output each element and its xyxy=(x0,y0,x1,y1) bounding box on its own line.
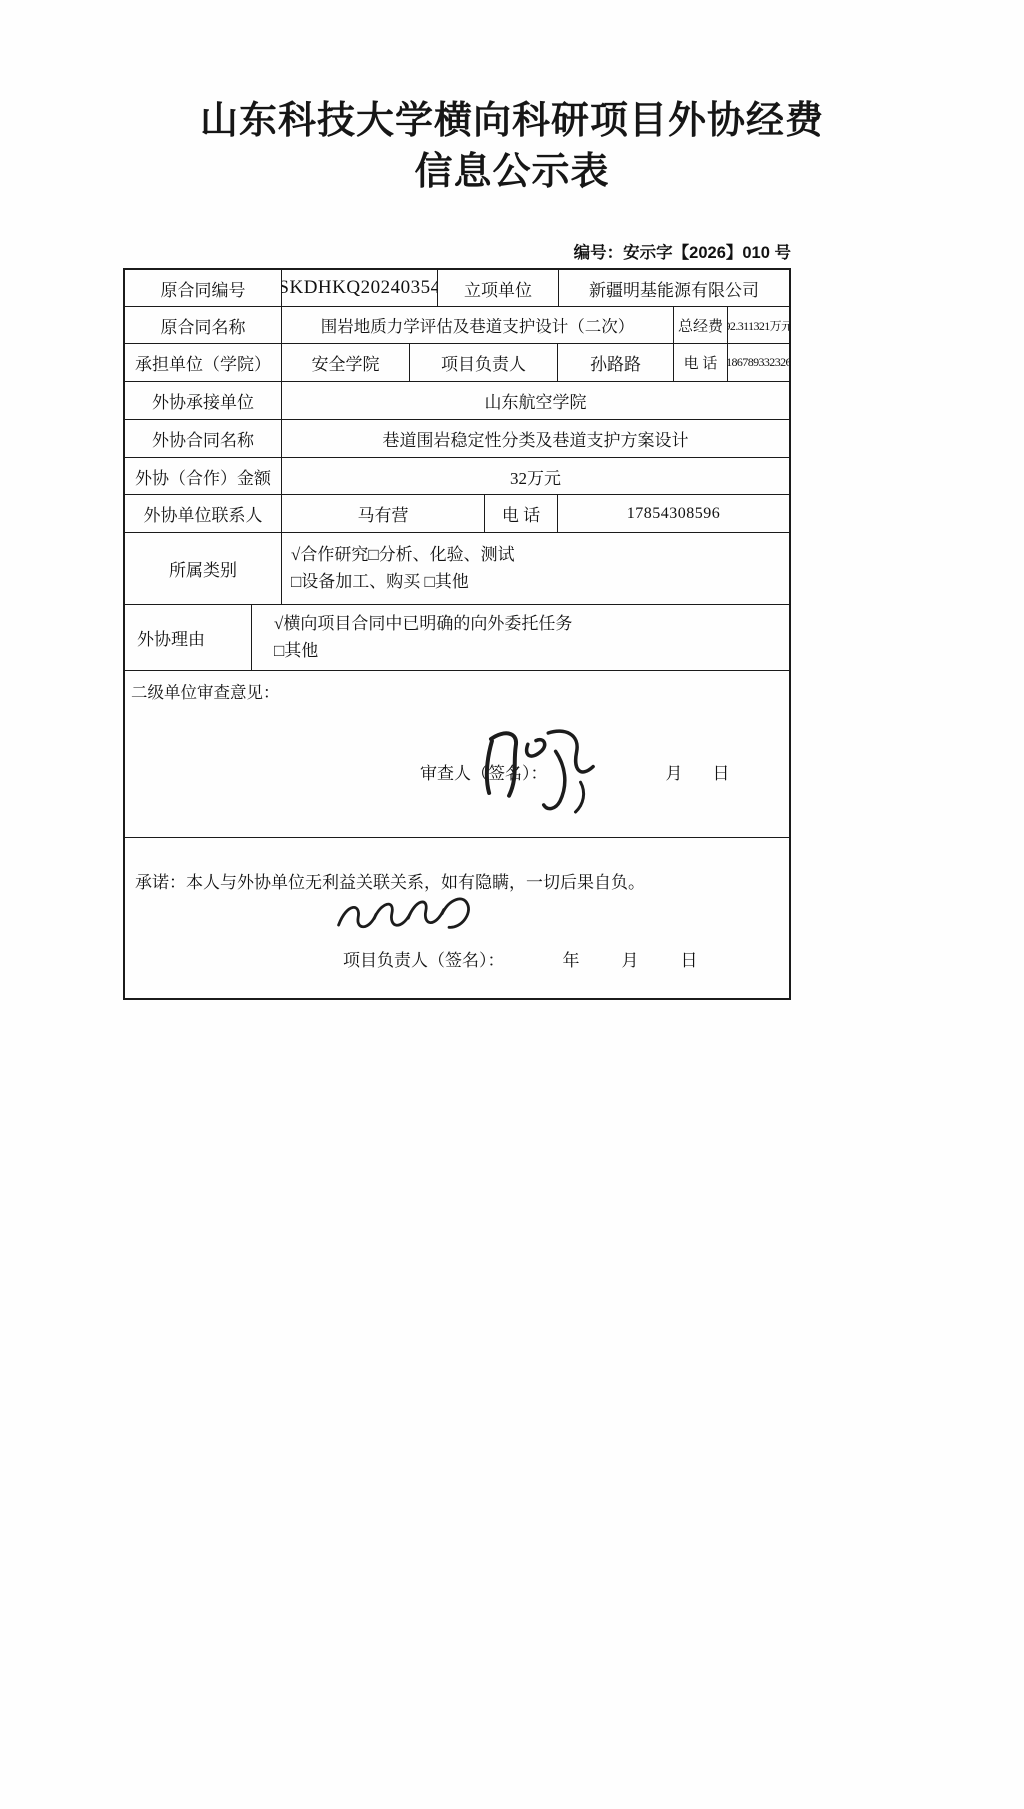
review-sign-line: 审查人（签名）：月日 xyxy=(420,759,730,784)
undertaking-unit-label: 承担单位（学院） xyxy=(125,344,282,381)
row-undertaking-unit: 承担单位（学院） 安全学院 项目负责人 孙路路 电 话 186789332326 xyxy=(125,344,789,382)
review-month-label: 月 xyxy=(666,764,683,783)
row-category: 所属类别 √合作研究□分析、化验、测试 □设备加工、购买 □其他 xyxy=(125,533,789,605)
row-original-contract-no: 原合同编号 SKDHKQ20240354 立项单位 新疆明基能源有限公司 xyxy=(125,270,789,307)
doc-number: 编号：安示字【2026】010 号 xyxy=(123,239,791,263)
leader-signer-label: 项目负责人（签名）： xyxy=(343,951,505,970)
category-label: 所属类别 xyxy=(125,533,282,604)
category-options: √合作研究□分析、化验、测试 □设备加工、购买 □其他 xyxy=(282,533,789,604)
commit-year-label: 年 xyxy=(563,951,580,970)
amount-value: 32万元 xyxy=(282,458,789,494)
reason-options: √横向项目合同中已明确的向外委托任务 □其他 xyxy=(252,605,789,670)
reason-option-line2: □其他 xyxy=(274,638,318,664)
commitment-sign-line: 项目负责人（签名）：年月日 xyxy=(343,946,698,971)
leader-name: 孙路路 xyxy=(558,344,674,381)
review-section: 二级单位审查意见： 审查人（签名）：月日 xyxy=(125,671,789,838)
commit-month-label: 月 xyxy=(622,951,639,970)
commitment-section: 承诺：本人与外协单位无利益关联关系，如有隐瞒，一切后果自负。 项目负责人（签名）… xyxy=(125,838,789,998)
row-outsource-contact: 外协单位联系人 马有营 电 话 17854308596 xyxy=(125,495,789,533)
outsource-contract-value: 巷道围岩稳定性分类及巷道支护方案设计 xyxy=(282,420,789,457)
outsource-unit-value: 山东航空学院 xyxy=(282,382,789,419)
leader-phone-value: 186789332326 xyxy=(728,344,789,381)
reason-option-line1: √横向项目合同中已明确的向外委托任务 xyxy=(274,611,572,637)
form-table: 原合同编号 SKDHKQ20240354 立项单位 新疆明基能源有限公司 原合同… xyxy=(123,268,791,1000)
row-outsource-amount: 外协（合作）金额 32万元 xyxy=(125,458,789,495)
reason-label: 外协理由 xyxy=(125,605,252,670)
leader-phone-label: 电 话 xyxy=(674,344,728,381)
outsource-unit-label: 外协承接单位 xyxy=(125,382,282,419)
category-option-line1: √合作研究□分析、化验、测试 xyxy=(291,542,515,568)
page-title-line1: 山东科技大学横向科研项目外协经费 xyxy=(0,96,1024,147)
leader-label: 项目负责人 xyxy=(410,344,558,381)
category-option-line2: □设备加工、购买 □其他 xyxy=(291,569,469,595)
scanned-form-page: 山东科技大学横向科研项目外协经费 信息公示表 编号：安示字【2026】010 号… xyxy=(0,0,1024,1809)
row-outsource-contract-name: 外协合同名称 巷道围岩稳定性分类及巷道支护方案设计 xyxy=(125,420,789,458)
undertaking-unit-value: 安全学院 xyxy=(282,344,410,381)
page-title-line2: 信息公示表 xyxy=(0,147,1024,198)
row-original-contract-name: 原合同名称 围岩地质力学评估及巷道支护设计（二次） 总经费 92.311321万… xyxy=(125,307,789,344)
commit-day-label: 日 xyxy=(681,951,698,970)
contact-name: 马有营 xyxy=(282,495,485,532)
orig-contract-no-value: SKDHKQ20240354 xyxy=(282,270,438,306)
contact-phone-value: 17854308596 xyxy=(558,495,789,532)
project-unit-label: 立项单位 xyxy=(438,270,559,306)
project-unit-value: 新疆明基能源有限公司 xyxy=(559,270,789,306)
review-day-label: 日 xyxy=(713,764,730,783)
orig-contract-name-label: 原合同名称 xyxy=(125,307,282,343)
amount-label: 外协（合作）金额 xyxy=(125,458,282,494)
page-title: 山东科技大学横向科研项目外协经费 信息公示表 xyxy=(0,96,1024,199)
orig-contract-no-label: 原合同编号 xyxy=(125,270,282,306)
orig-contract-name-value: 围岩地质力学评估及巷道支护设计（二次） xyxy=(282,307,674,343)
contact-phone-label: 电 话 xyxy=(485,495,558,532)
row-reason: 外协理由 √横向项目合同中已明确的向外委托任务 □其他 xyxy=(125,605,789,671)
outsource-contract-label: 外协合同名称 xyxy=(125,420,282,457)
contact-label: 外协单位联系人 xyxy=(125,495,282,532)
commitment-statement: 承诺：本人与外协单位无利益关联关系，如有隐瞒，一切后果自负。 xyxy=(135,868,645,893)
review-heading: 二级单位审查意见： xyxy=(131,679,280,703)
reviewer-signer-label: 审查人（签名）： xyxy=(420,764,548,783)
total-fund-value: 92.311321万元 xyxy=(728,307,789,343)
total-fund-label: 总经费 xyxy=(674,307,728,343)
row-outsource-unit: 外协承接单位 山东航空学院 xyxy=(125,382,789,420)
